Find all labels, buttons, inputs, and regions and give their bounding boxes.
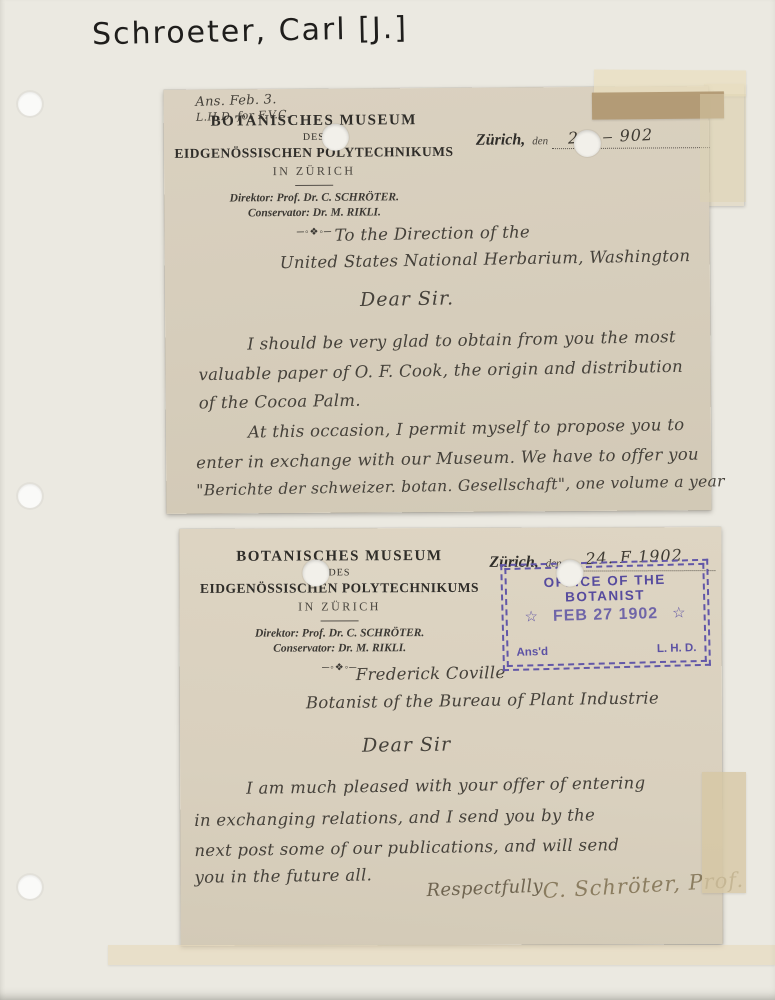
letterhead-conservator: Conservator: Dr. M. RIKLI. [174,205,454,222]
binder-hole-bottom [18,875,42,899]
salutation: Dear Sir [362,734,451,757]
letterhead-director: Direktor: Prof. Dr. C. SCHRÖTER. [200,626,480,642]
binder-hole-top [18,92,42,116]
letterhead-rule [321,620,359,621]
letter-1902-jan: Ans. Feb. 3. L.H.D. for F.V.C. BOTANISCH… [164,86,712,514]
star-icon: ☆ [524,608,539,625]
stamp-initials: L. H. D. [657,642,697,655]
body-line: "Berichte der schweizer. botan. Gesellsc… [196,472,725,499]
letterhead-city: IN ZÜRICH [200,599,480,615]
tape-bottom-edge [108,945,775,965]
body-line: At this occasion, I permit myself to pro… [248,415,685,442]
letterhead: BOTANISCHES MUSEUM DES EIDGENÖSSISCHEN P… [199,548,479,674]
body-line: I should be very glad to obtain from you… [247,327,676,353]
clear-tape-corner [700,94,746,202]
binder-hole-middle [18,484,42,508]
tape-right-edge [702,772,746,893]
office-of-the-botanist-stamp: OFFICE OF THE BOTANIST ☆FEB 27 1902☆ Ans… [504,563,707,667]
body-line: valuable paper of O. F. Cook, the origin… [198,357,683,384]
dateline-den: den [532,135,548,147]
punched-hole [574,130,601,157]
letterhead: BOTANISCHES MUSEUM DES EIDGENÖSSISCHEN P… [174,112,455,239]
letterhead-des: DES [174,131,454,144]
salutation: Dear Sir. [360,287,454,311]
body-line: in exchanging relations, and I send you … [194,805,595,830]
dateline-place: Zürich, [476,131,525,148]
body-line: enter in exchange with our Museum. We ha… [196,445,699,473]
closing: Respectfully [426,876,543,901]
stamp-date-row: ☆FEB 27 1902☆ [507,603,703,627]
body-line: I am much pleased with your offer of ent… [246,773,645,798]
letterhead-city: IN ZÜRICH [174,163,454,180]
punched-hole [302,559,329,586]
letterhead-institution: EIDGENÖSSISCHEN POLYTECHNIKUMS [199,580,479,597]
letterhead-museum: BOTANISCHES MUSEUM [174,112,454,131]
stamp-answered: Ans'd [516,646,548,659]
stamp-office-line: OFFICE OF THE BOTANIST [507,571,704,606]
letterhead-des: DES [199,567,479,579]
punched-hole [556,560,583,587]
recipient-line-1: Frederick Coville [356,663,506,684]
body-line: next post some of our publications, and … [194,835,619,860]
letterhead-institution: EIDGENÖSSISCHEN POLYTECHNIKUMS [174,144,454,162]
letterhead-rule [295,185,333,186]
body-line: of the Cocoa Palm. [199,391,361,413]
star-icon: ☆ [672,604,687,621]
letter-1902-feb: BOTANISCHES MUSEUM DES EIDGENÖSSISCHEN P… [179,527,722,946]
letterhead-conservator: Conservator: Dr. M. RIKLI. [200,641,480,657]
stamp-date: FEB 27 1902 [553,605,659,625]
letterhead-museum: BOTANISCHES MUSEUM [199,548,479,566]
punched-hole [322,124,349,151]
recipient-line-2: Botanist of the Bureau of Plant Industri… [306,688,659,712]
body-line: you in the future all. [194,865,372,886]
recipient-line-2: United States National Herbarium, Washin… [280,246,691,272]
recipient-line-1: To the Direction of the [334,222,530,244]
album-title-handwriting: Schroeter, Carl [J.] [92,11,409,53]
